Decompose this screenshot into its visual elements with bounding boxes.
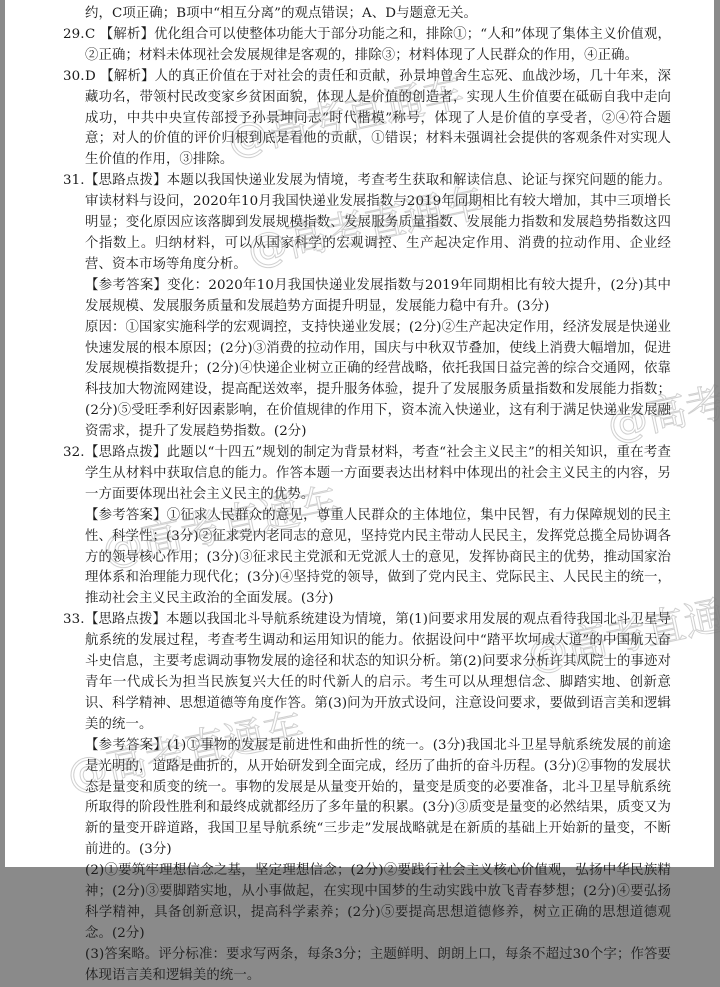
- reference-answer-paragraph: 【参考答案】①征求人民群众的意见，尊重人民群众的主体地位，集中民智，有力保障规划…: [85, 506, 671, 611]
- item-number: 31.: [63, 171, 85, 192]
- reference-answer-paragraph: 【参考答案】变化：2020年10月我国快递业发展指数与2019年同期相比有较大提…: [85, 276, 671, 318]
- answer-item-32: 32. 【思路点拨】此题以“十四五”规划的制定为背景材料，考查“社会主义民主”的…: [63, 443, 671, 610]
- answer-item-29: 29. C 【解析】优化组合可以使整体功能大于部分功能之和，排除①；“人和”体现…: [63, 25, 671, 67]
- item-paragraph: D 【解析】人的真正价值在于对社会的责任和贡献，孙景坤曾舍生忘死、血战沙场，几十…: [85, 67, 671, 172]
- document-page: 约，C项正确；B项中“相互分离”的观点错误；A、D与题意无关。 29. C 【解…: [5, 0, 714, 867]
- answer-part-2-paragraph: (2)①要筑牢理想信念之基，坚定理想信念；(2分)②要践行社会主义核心价值观，弘…: [85, 861, 671, 867]
- reference-answer-paragraph: 【参考答案】(1)①事物的发展是前进性和曲折性的统一。(3分)我国北斗卫星导航系…: [85, 736, 671, 861]
- reasons-paragraph: 原因：①国家实施科学的宏观调控，支持快递业发展；(2分)②生产起决定作用，经济发…: [85, 318, 671, 443]
- analysis-paragraph: 【思路点拨】此题以“十四五”规划的制定为背景材料，考查“社会主义民主”的相关知识…: [85, 443, 671, 506]
- item-number: 33.: [63, 610, 85, 631]
- item-number: 32.: [63, 443, 85, 464]
- item-paragraph: C 【解析】优化组合可以使整体功能大于部分功能之和，排除①；“人和”体现了集体主…: [85, 25, 671, 67]
- analysis-paragraph: 【思路点拨】本题以我国北斗导航系统建设为情境，第(1)问要求用发展的观点看待我国…: [85, 610, 671, 735]
- answer-item-31: 31. 【思路点拨】本题以我国快递业发展为情境，考查考生获取和解读信息、论证与探…: [63, 171, 671, 443]
- answer-item-33: 33. 【思路点拨】本题以我国北斗导航系统建设为情境，第(1)问要求用发展的观点…: [63, 610, 671, 867]
- item-number: 29.: [63, 25, 85, 46]
- intro-line: 约，C项正确；B项中“相互分离”的观点错误；A、D与题意无关。: [63, 4, 671, 25]
- item-number: 30.: [63, 67, 85, 88]
- answer-key-content: 约，C项正确；B项中“相互分离”的观点错误；A、D与题意无关。 29. C 【解…: [63, 4, 671, 867]
- answer-item-30: 30. D 【解析】人的真正价值在于对社会的责任和贡献，孙景坤曾舍生忘死、血战沙…: [63, 67, 671, 172]
- analysis-paragraph: 【思路点拨】本题以我国快递业发展为情境，考查考生获取和解读信息、论证与探究问题的…: [85, 171, 671, 276]
